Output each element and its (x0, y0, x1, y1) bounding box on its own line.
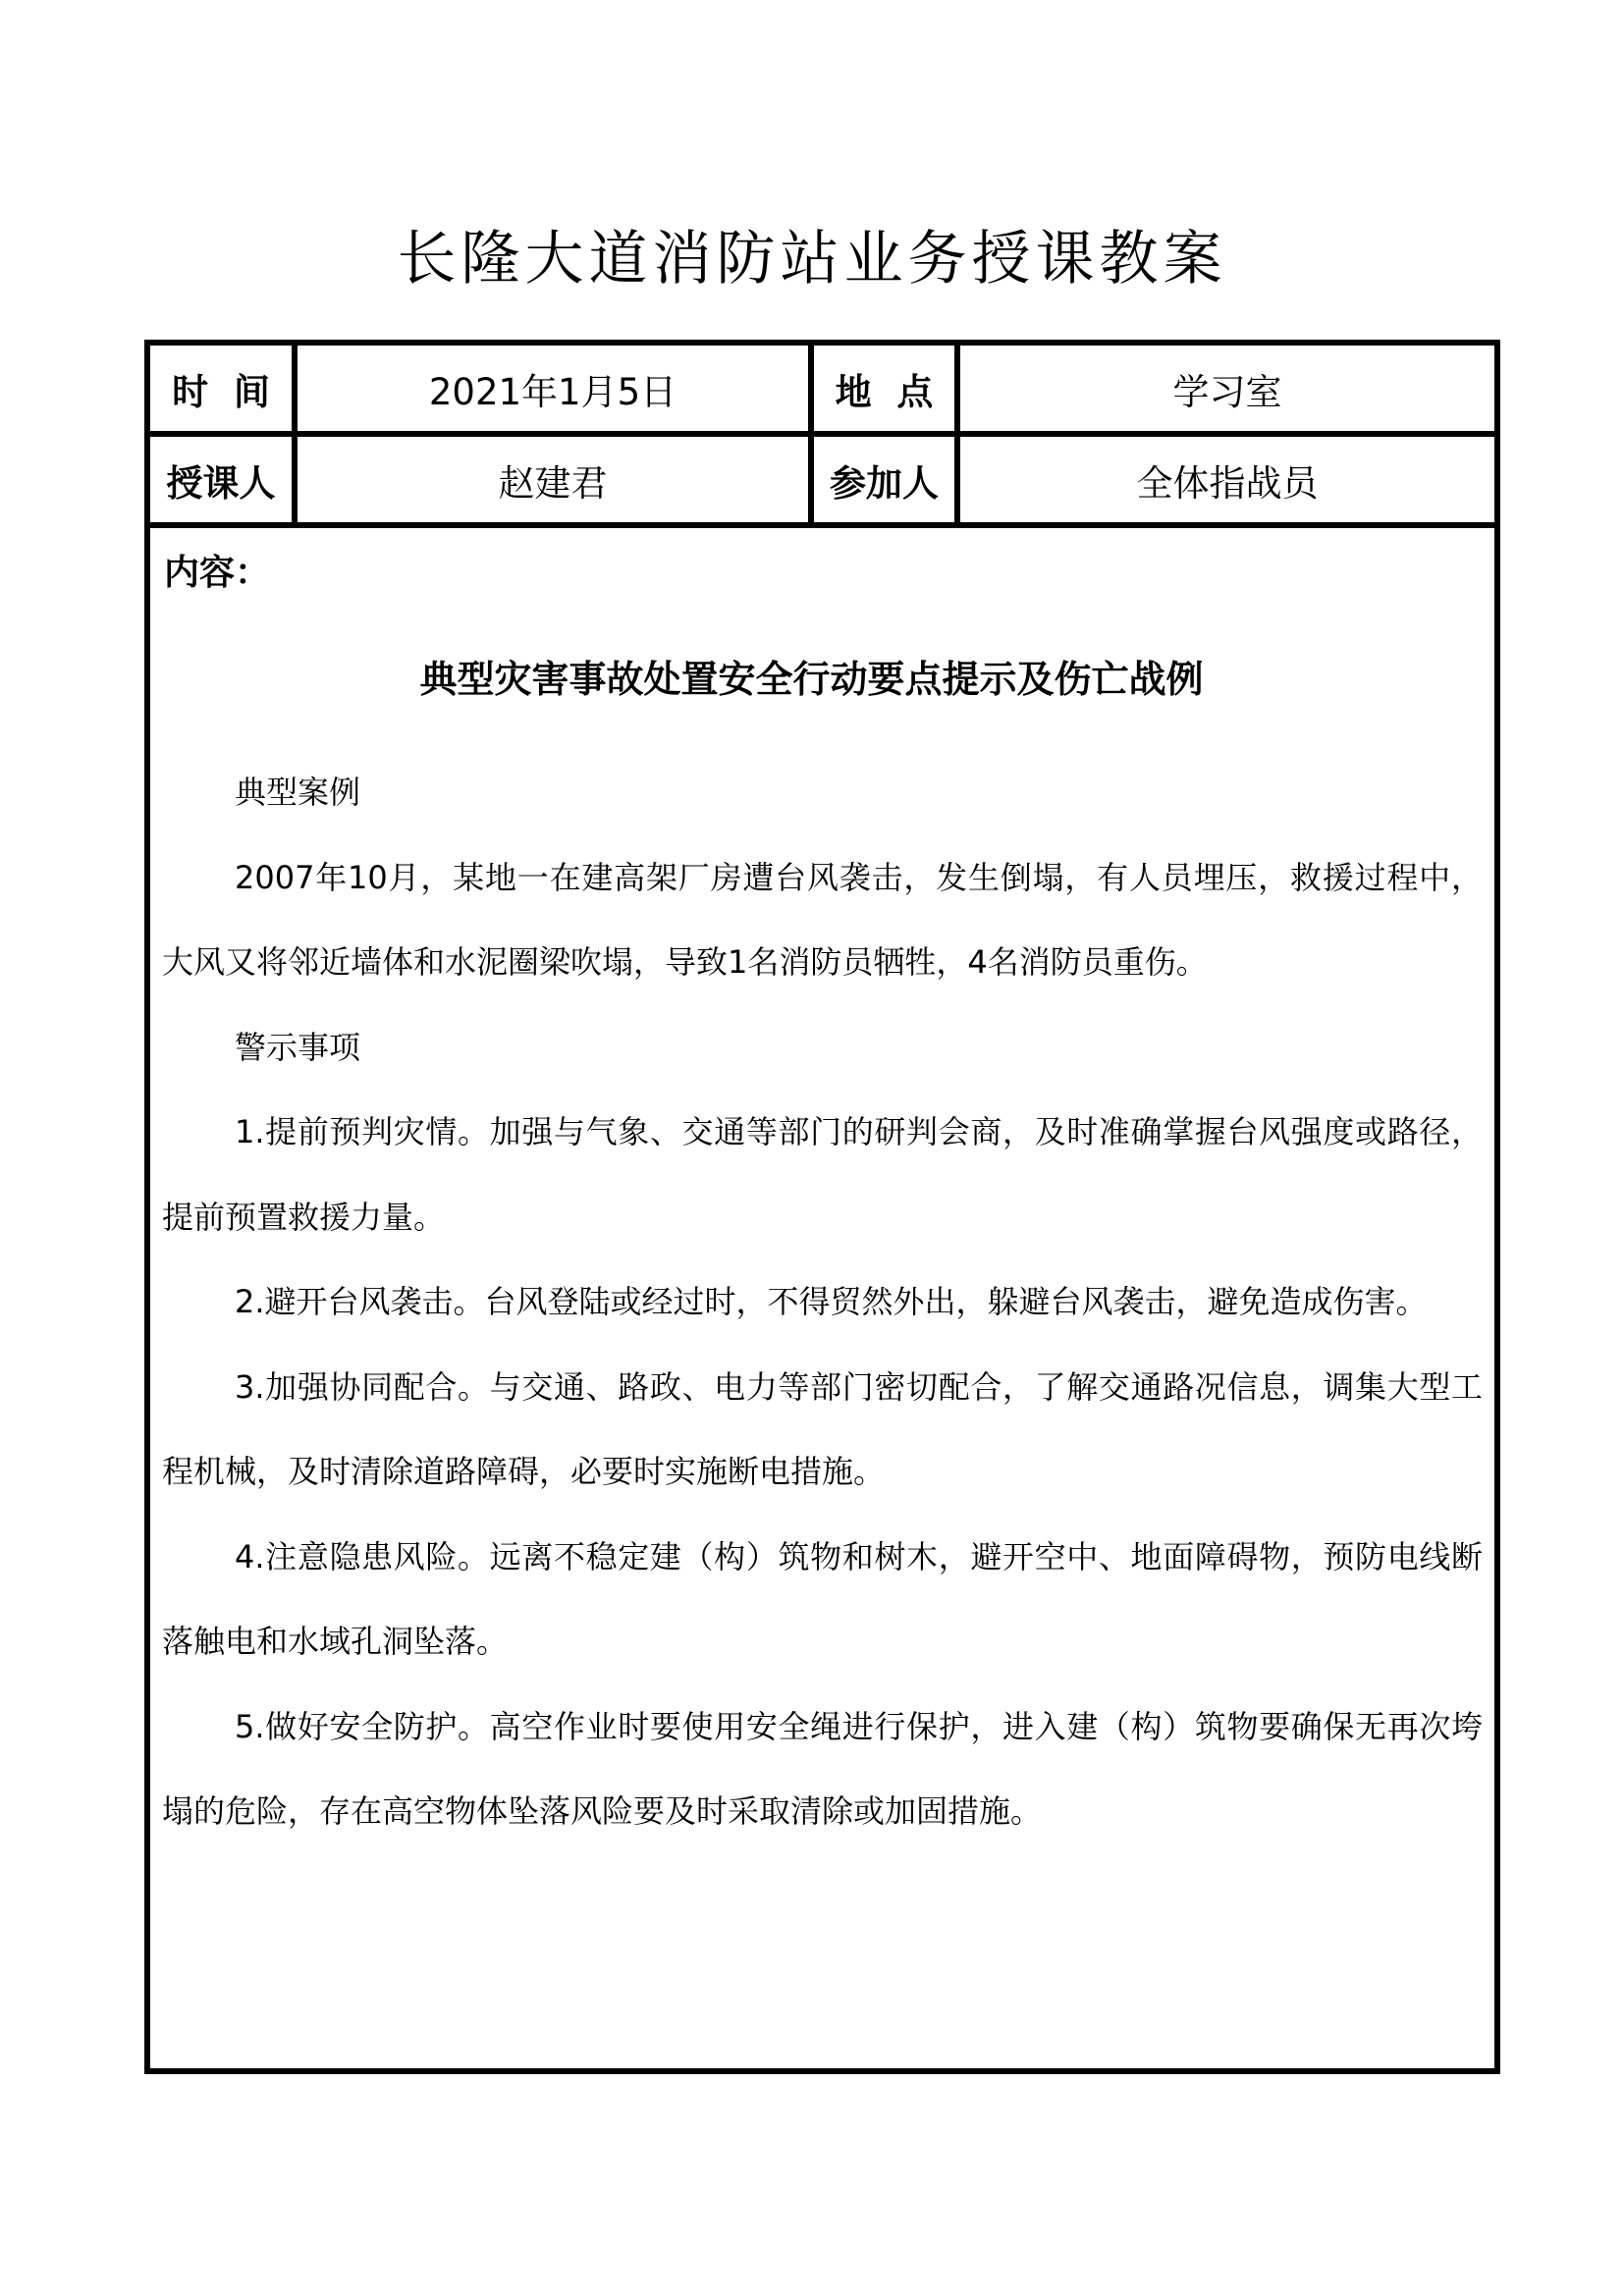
warning-item-4: 4.注意隐患风险。远离不稳定建（构）筑物和树木，避开空中、地面障碍物，预防电线断… (162, 1515, 1483, 1684)
warning-item-2: 2.避开台风袭击。台风登陆或经过时，不得贸然外出，躲避台风袭击，避免造成伤害。 (162, 1259, 1483, 1345)
participants-value: 全体指战员 (960, 437, 1494, 522)
location-label: 地 点 (814, 346, 954, 431)
column-divider (292, 346, 298, 522)
column-divider (954, 346, 960, 522)
instructor-label: 授课人 (150, 437, 292, 522)
column-divider (808, 346, 814, 522)
content-subtitle: 典型灾害事故处置安全行动要点提示及伤亡战例 (150, 656, 1494, 703)
time-value: 2021年1月5日 (298, 346, 808, 431)
row-divider (150, 522, 1494, 528)
page-title: 长隆大道消防站业务授课教案 (0, 222, 1624, 296)
lesson-plan-table: 时 间 2021年1月5日 地 点 学习室 授课人 赵建君 参加人 全体指战员 … (144, 340, 1500, 2074)
location-value: 学习室 (960, 346, 1494, 431)
warning-item-3: 3.加强协同配合。与交通、路政、电力等部门密切配合，了解交通路况信息，调集大型工… (162, 1345, 1483, 1515)
section-heading-warnings: 警示事项 (162, 1005, 1483, 1091)
instructor-value: 赵建君 (298, 437, 808, 522)
content-body: 典型案例 2007年10月，某地一在建高架厂房遭台风袭击，发生倒塌，有人员埋压，… (162, 750, 1483, 1854)
warning-item-5: 5.做好安全防护。高空作业时要使用安全绳进行保护，进入建（构）筑物要确保无再次垮… (162, 1684, 1483, 1854)
warning-item-1: 1.提前预判灾情。加强与气象、交通等部门的研判会商，及时准确掌握台风强度或路径，… (162, 1090, 1483, 1259)
participants-label: 参加人 (814, 437, 954, 522)
content-label: 内容： (164, 552, 270, 595)
case-description: 2007年10月，某地一在建高架厂房遭台风袭击，发生倒塌，有人员埋压，救援过程中… (162, 835, 1483, 1005)
time-label: 时 间 (150, 346, 292, 431)
section-heading-case: 典型案例 (162, 750, 1483, 835)
